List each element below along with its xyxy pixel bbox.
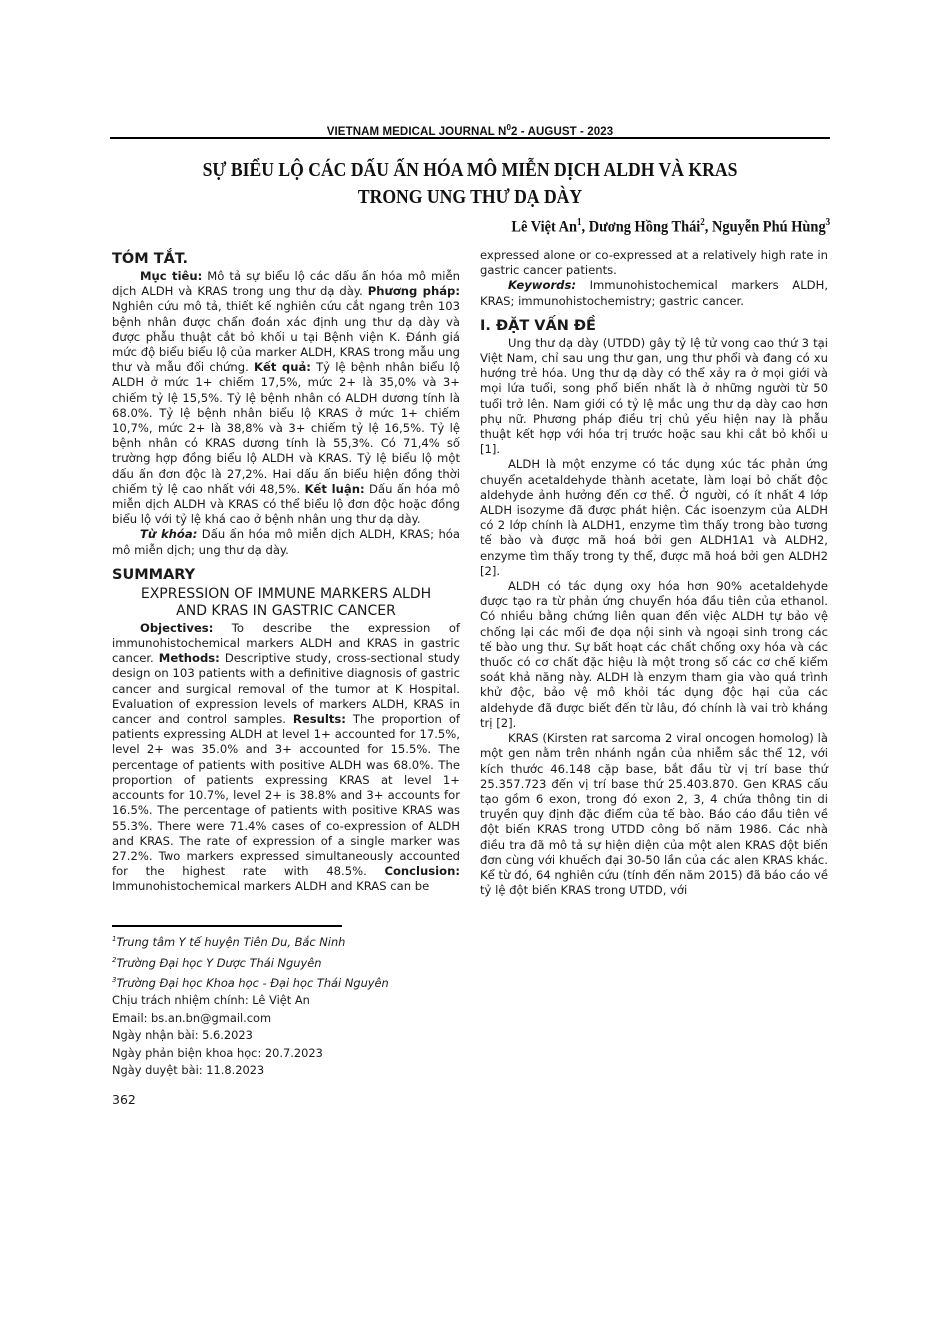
right-column: expressed alone or co-expressed at a rel… (480, 248, 828, 898)
date-accepted: Ngày duyệt bài: 11.8.2023 (112, 1062, 460, 1080)
affiliation-1: 1Trung tâm Y tế huyện Tiên Du, Bắc Ninh (112, 932, 460, 952)
label-methods: Methods: (159, 651, 220, 665)
email[interactable]: Email: bs.an.bn@gmail.com (112, 1010, 460, 1028)
journal-page: VIETNAM MEDICAL JOURNAL N02 - AUGUST - 2… (0, 0, 942, 1333)
header-rule (110, 137, 830, 139)
left-column: TÓM TẮT. Mục tiêu: Mô tả sự biểu lộ các … (112, 250, 460, 1107)
summary-conclusion-continued: expressed alone or co-expressed at a rel… (480, 248, 828, 278)
author-sup: 1 (577, 217, 582, 228)
text-result: Tỷ lệ bệnh nhân biểu lộ ALDH ở mức 1+ ch… (112, 360, 460, 496)
text-conclusion-en-part: Immunohistochemical markers ALDH and KRA… (112, 879, 429, 893)
footnotes: 1Trung tâm Y tế huyện Tiên Du, Bắc Ninh … (112, 932, 460, 1080)
abstract-vi-heading: TÓM TẮT. (112, 250, 460, 268)
author-list: Lê Việt An1, Dương Hồng Thái2, Nguyễn Ph… (511, 217, 830, 236)
author-name: Lê Việt An (511, 218, 577, 235)
summary-body: Objectives: To describe the expression o… (112, 621, 460, 895)
label-conclusion-en: Conclusion: (384, 864, 460, 878)
label-objective: Mục tiêu: (140, 269, 202, 283)
intro-heading: I. ĐẶT VẤN ĐỀ (480, 317, 828, 335)
intro-paragraph: ALDH là một enzyme có tác dụng xúc tác p… (480, 457, 828, 579)
summary-title-line-2: AND KRAS IN GASTRIC CANCER (112, 603, 460, 620)
article-title: SỰ BIỂU LỘ CÁC DẤU ẤN HÓA MÔ MIỄN DỊCH A… (160, 157, 779, 211)
label-method: Phương pháp: (368, 284, 460, 298)
running-header: VIETNAM MEDICAL JOURNAL N02 - AUGUST - 2… (110, 123, 830, 138)
author-sup: 2 (700, 217, 705, 228)
intro-paragraph: ALDH có tác dụng oxy hóa hơn 90% acetald… (480, 579, 828, 731)
page-number: 362 (112, 1092, 460, 1107)
intro-paragraph: Ung thư dạ dày (UTDD) gây tỷ lệ tử vong … (480, 336, 828, 458)
date-reviewed: Ngày phản biện khoa học: 20.7.2023 (112, 1045, 460, 1063)
abstract-vi-keywords: Từ khóa: Dấu ấn hóa mô miễn dịch ALDH, K… (112, 527, 460, 557)
affiliation-3: 3Trường Đại học Khoa học - Đại học Thái … (112, 972, 460, 992)
summary-title-line-1: EXPRESSION OF IMMUNE MARKERS ALDH (112, 586, 460, 603)
summary-title: EXPRESSION OF IMMUNE MARKERS ALDH AND KR… (112, 586, 460, 620)
label-conclusion: Kết luận: (305, 482, 365, 496)
label-objectives: Objectives: (140, 621, 213, 635)
intro-paragraph: KRAS (Kirsten rat sarcoma 2 viral oncoge… (480, 731, 828, 898)
title-line-1: SỰ BIỂU LỘ CÁC DẤU ẤN HÓA MÔ MIỄN DỊCH A… (160, 157, 779, 184)
summary-keywords: Keywords: Immunohistochemical markers AL… (480, 278, 828, 308)
author-sup: 3 (826, 217, 831, 228)
author-name: Nguyễn Phú Hùng (712, 218, 826, 235)
affiliation-2: 2Trường Đại học Y Dược Thái Nguyên (112, 952, 460, 972)
author-name: Dương Hồng Thái (589, 218, 701, 235)
title-line-2: TRONG UNG THƯ DẠ DÀY (160, 184, 779, 211)
label-keywords-en: Keywords: (508, 278, 576, 292)
label-keywords: Từ khóa: (140, 527, 197, 541)
corresponding-author: Chịu trách nhiệm chính: Lê Việt An (112, 992, 460, 1010)
label-results: Results: (293, 712, 346, 726)
label-result: Kết quả: (254, 360, 311, 374)
abstract-vi-body: Mục tiêu: Mô tả sự biểu lộ các dấu ấn hó… (112, 269, 460, 527)
date-received: Ngày nhận bài: 5.6.2023 (112, 1027, 460, 1045)
footnote-rule (112, 925, 342, 927)
text-results: The proportion of patients expressing AL… (112, 712, 460, 878)
summary-heading: SUMMARY (112, 566, 460, 584)
